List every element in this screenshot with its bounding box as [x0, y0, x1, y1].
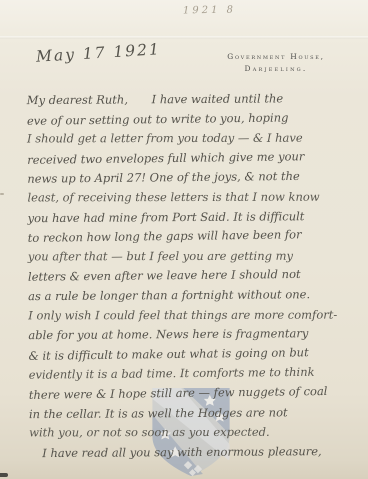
salutation: My dearest Ruth, [27, 92, 128, 107]
letterhead-line1: Government House, [200, 51, 352, 63]
letter-line: least, of receiving these letters is tha… [27, 188, 361, 208]
scan-edge-dash [0, 193, 4, 195]
letter-line: letters & even after we leave here I sho… [28, 265, 362, 288]
archival-note: 1921 8 [183, 5, 236, 17]
paper-crease [0, 36, 368, 39]
letter-line: I should get a letter from you today — &… [27, 129, 361, 149]
letter-line: I have read all you say with enormous pl… [29, 442, 363, 464]
letter-line: eve of our setting out to write to you, … [27, 107, 361, 131]
letter-date: May 17 1921 [36, 40, 162, 66]
letter-line: news up to April 27! One of the joys, & … [27, 167, 361, 190]
letter-line: I only wish I could feel that things are… [28, 305, 362, 325]
letter-line: with you, or not so soon as you expected… [29, 423, 363, 443]
letter-line: as a rule be longer than a fortnight wit… [28, 285, 362, 307]
letter-line: in the cellar. It is as well the Hodges … [29, 402, 363, 424]
letter-body: My dearest Ruth, I have waited until the… [27, 89, 364, 464]
scan-edge-mark [0, 473, 8, 477]
letterhead-line2: Darjeeling. [200, 63, 352, 75]
letterhead: Government House, Darjeeling. [200, 51, 352, 75]
letter-line: to reckon how long the gaps will have be… [28, 225, 362, 249]
letter-line: you after that — but I feel you are gett… [28, 246, 362, 266]
letter-line-text: I have waited until the [152, 91, 284, 106]
letter-page: 1921 8 May 17 1921 Government House, Dar… [0, 0, 368, 479]
